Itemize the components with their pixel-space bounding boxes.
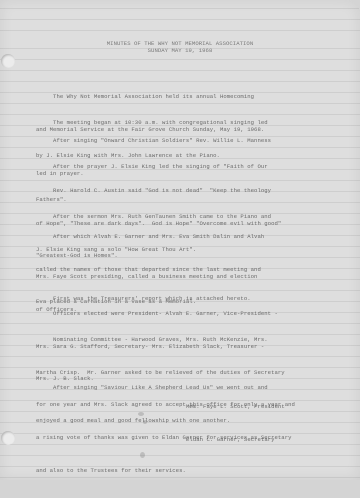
typist-initials: ec (189, 402, 195, 413)
hole-punch (1, 431, 15, 445)
signature-secretary: Eldan C. Garner, Secretary (186, 435, 285, 446)
document-date: SUNDAY MAY 19, 1968 (0, 47, 360, 54)
document-title: MINUTES OF THE WHY NOT MEMORIAL ASSOCIAT… (0, 40, 360, 47)
text-line: After which Alvah E. Garner and Mrs. Eva… (36, 232, 304, 243)
signature-president: Mrs. Faye L. Scott, President (186, 402, 285, 413)
text-line: Nominating Committee - Harwood Graves, M… (36, 335, 304, 346)
text-line: and also to the Trustees for their servi… (36, 466, 304, 477)
scanned-page: MINUTES OF THE WHY NOT MEMORIAL ASSOCIAT… (0, 0, 360, 480)
signature-block: Mrs. Faye L. Scott, President Eldan C. G… (186, 380, 285, 467)
hole-punch (1, 54, 15, 68)
